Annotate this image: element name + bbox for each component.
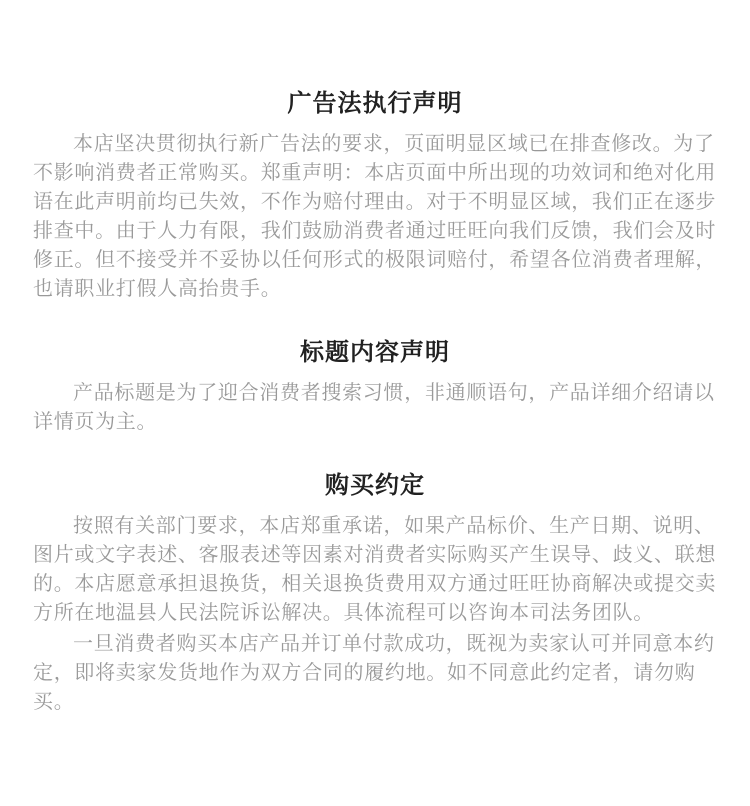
section-title-title-content: 标题内容声明	[33, 337, 717, 369]
paragraph-purchase-terms: 按照有关部门要求，本店郑重承诺，如果产品标价、生产日期、说明、图片或文字表述、客…	[33, 512, 717, 628]
section-title-content-statement: 标题内容声明 产品标题是为了迎合消费者搜索习惯，非通顺语句，产品详细介绍请以详情…	[33, 337, 717, 437]
paragraph-title-content-body: 产品标题是为了迎合消费者搜索习惯，非通顺语句，产品详细介绍请以详情页为主。	[33, 379, 717, 437]
disclaimer-document: 广告法执行声明 本店坚决贯彻执行新广告法的要求，页面明显区域已在排查修改。为了不…	[0, 0, 750, 806]
paragraph-ad-law-body: 本店坚决贯彻执行新广告法的要求，页面明显区域已在排查修改。为了不影响消费者正常购…	[33, 130, 717, 304]
paragraph-purchase-consent: 一旦消费者购买本店产品并订单付款成功，既视为卖家认可并同意本约定，即将卖家发货地…	[33, 630, 717, 717]
section-title-purchase-agreement: 购买约定	[33, 470, 717, 502]
section-ad-law-statement: 广告法执行声明 本店坚决贯彻执行新广告法的要求，页面明显区域已在排查修改。为了不…	[33, 88, 717, 304]
section-purchase-agreement: 购买约定 按照有关部门要求，本店郑重承诺，如果产品标价、生产日期、说明、图片或文…	[33, 470, 717, 717]
section-title-ad-law: 广告法执行声明	[33, 88, 717, 120]
